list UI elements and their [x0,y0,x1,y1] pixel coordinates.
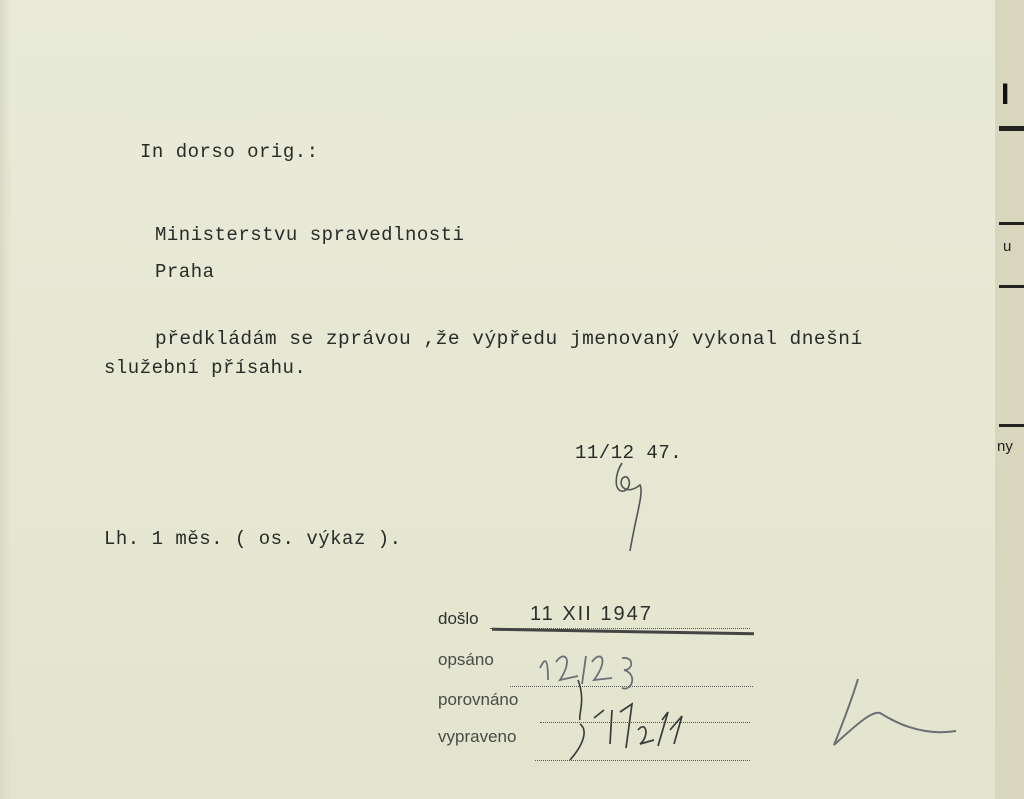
received-date: 11 XII 1947 [530,603,653,626]
document-page: In dorso orig.: Ministerstvu spravedlnos… [0,0,1000,799]
copied-label: opsáno [438,650,494,670]
compared-label: porovnáno [438,690,518,710]
handwritten-dates-icon [530,640,710,760]
adjacent-fragment-2: u [1003,238,1011,255]
adjacent-fragment-1: I [1001,78,1009,112]
adjacent-page: I u ny [995,0,1024,799]
addressee-ministry: Ministerstvu spravedlnosti [155,224,464,246]
dispatched-label: vypraveno [438,727,516,747]
received-label: došlo [438,609,479,629]
body-line-2: služební přísahu. [104,357,306,379]
header-line: In dorso orig.: [140,141,319,163]
addressee-city: Praha [155,261,215,283]
checkmark-k-icon [828,675,958,750]
body-line-1: předkládám se zprávou ,že výpředu jmenov… [155,328,863,350]
adjacent-fragment-3: ny [997,438,1013,455]
signature-initials-icon [600,455,660,555]
footer-line: Lh. 1 měs. ( os. výkaz ). [104,528,402,550]
